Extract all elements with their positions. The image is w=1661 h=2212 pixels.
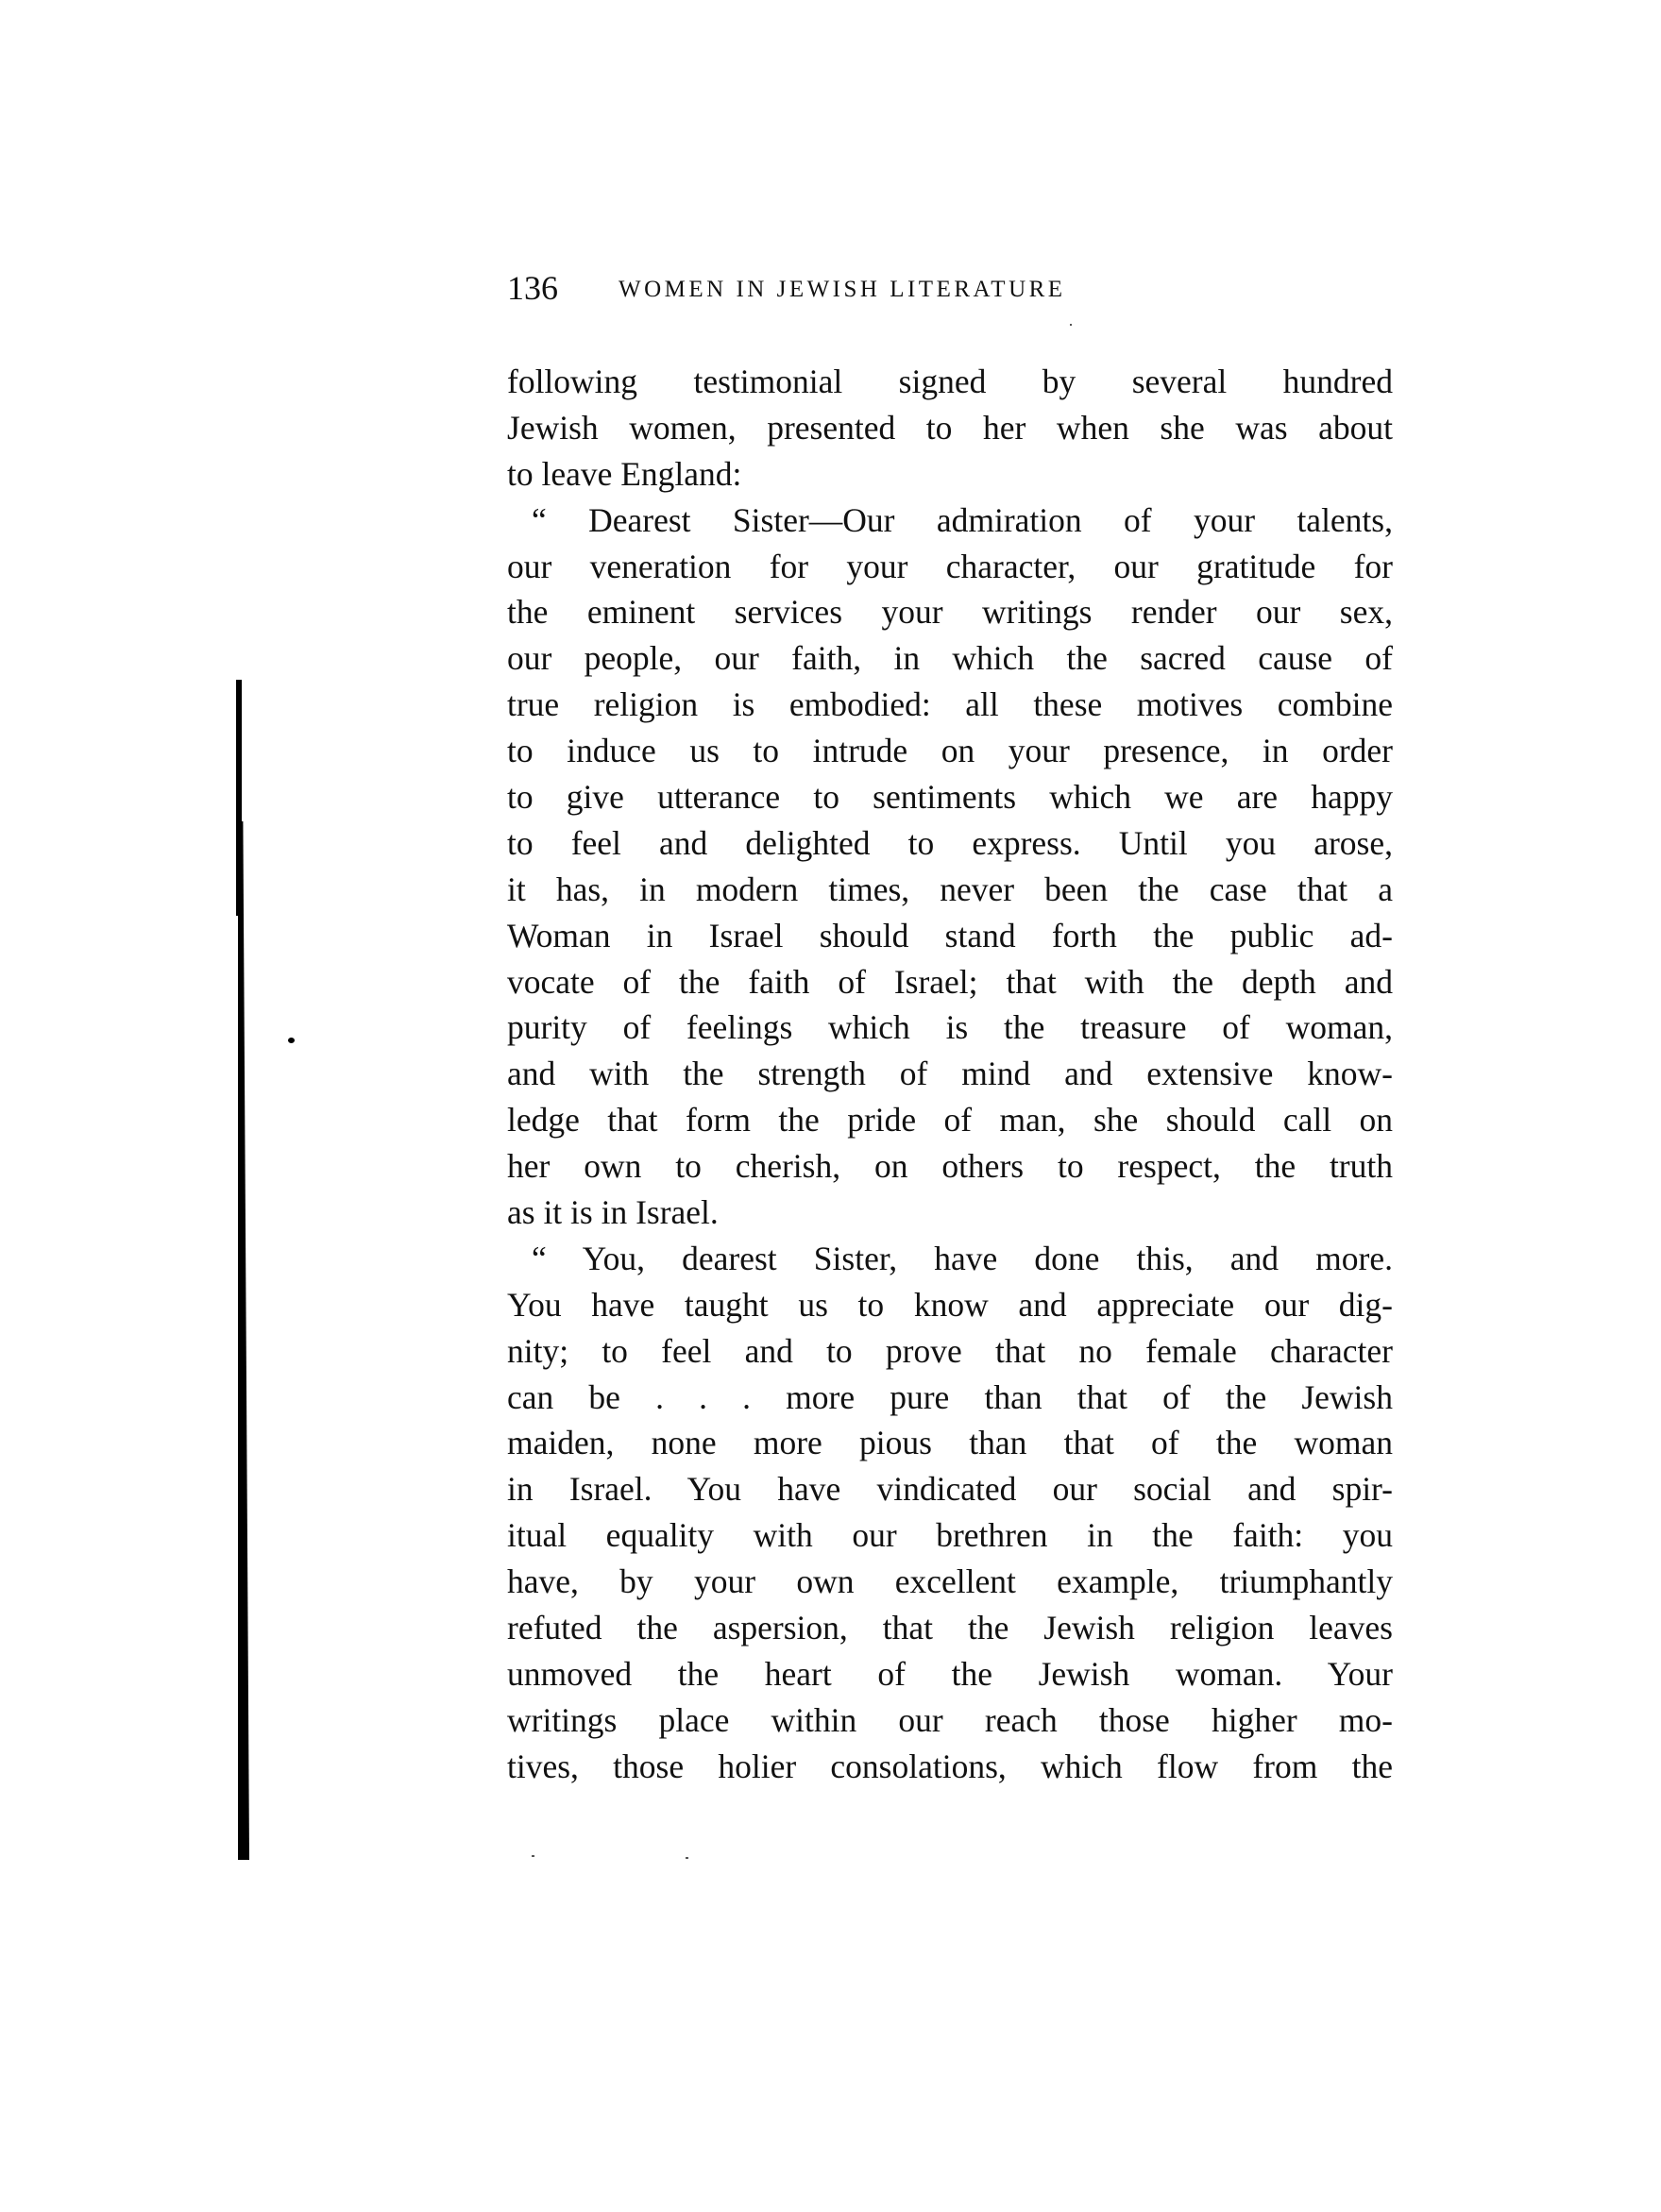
text-line: to feel and delighted to express. Until … [507, 820, 1393, 867]
text-line: unmoved the heart of the Jewish woman. Y… [507, 1651, 1393, 1697]
text-line: refuted the aspersion, that the Jewish r… [507, 1605, 1393, 1651]
body-text: following testimonial signed by several … [507, 359, 1393, 1790]
text-line: You have taught us to know and appreciat… [507, 1282, 1393, 1328]
text-line: vocate of the faith of Israel; that with… [507, 959, 1393, 1005]
text-line: Woman in Israel should stand forth the p… [507, 913, 1393, 959]
book-page: 136 WOMEN IN JEWISH LITERATURE following… [0, 0, 1661, 2212]
text-line: nity; to feel and to prove that no femal… [507, 1328, 1393, 1375]
page-number: 136 [507, 267, 558, 309]
scan-speck [686, 1857, 688, 1859]
text-line: ledge that form the pride of man, she sh… [507, 1097, 1393, 1143]
text-line: tives, those holier consolations, which … [507, 1744, 1393, 1790]
text-line: true religion is embodied: all these mot… [507, 682, 1393, 728]
text-line: purity of feelings which is the treasure… [507, 1005, 1393, 1051]
binding-shadow [238, 821, 249, 1860]
text-line: itual equality with our brethren in the … [507, 1512, 1393, 1559]
scan-speck [532, 1855, 534, 1857]
text-line: the eminent services your writings rende… [507, 589, 1393, 635]
text-line: to give utterance to sentiments which we… [507, 774, 1393, 820]
text-line: it has, in modern times, never been the … [507, 867, 1393, 913]
scan-speck-dot [288, 1038, 295, 1043]
text-line: writings place within our reach those hi… [507, 1697, 1393, 1744]
running-title: WOMEN IN JEWISH LITERATURE [619, 271, 1066, 309]
text-line: Jewish women, presented to her when she … [507, 405, 1393, 451]
scan-speck [1070, 324, 1072, 326]
text-line: “ You, dearest Sister, have done this, a… [507, 1236, 1393, 1282]
text-line: as it is in Israel. [507, 1190, 1393, 1236]
text-line: her own to cherish, on others to respect… [507, 1143, 1393, 1190]
text-line: in Israel. You have vindicated our socia… [507, 1466, 1393, 1512]
text-line: to leave England: [507, 451, 1393, 498]
text-line: our veneration for your character, our g… [507, 544, 1393, 590]
text-line: maiden, none more pious than that of the… [507, 1420, 1393, 1466]
text-line: following testimonial signed by several … [507, 359, 1393, 405]
text-line: our people, our faith, in which the sacr… [507, 635, 1393, 682]
running-header: 136 WOMEN IN JEWISH LITERATURE [507, 267, 1399, 309]
text-line: “ Dearest Sister—Our admiration of your … [507, 498, 1393, 544]
text-line: to induce us to intrude on your presence… [507, 728, 1393, 774]
text-line: and with the strength of mind and extens… [507, 1051, 1393, 1097]
text-line: can be . . . more pure than that of the … [507, 1375, 1393, 1421]
text-line: have, by your own excellent example, tri… [507, 1559, 1393, 1605]
